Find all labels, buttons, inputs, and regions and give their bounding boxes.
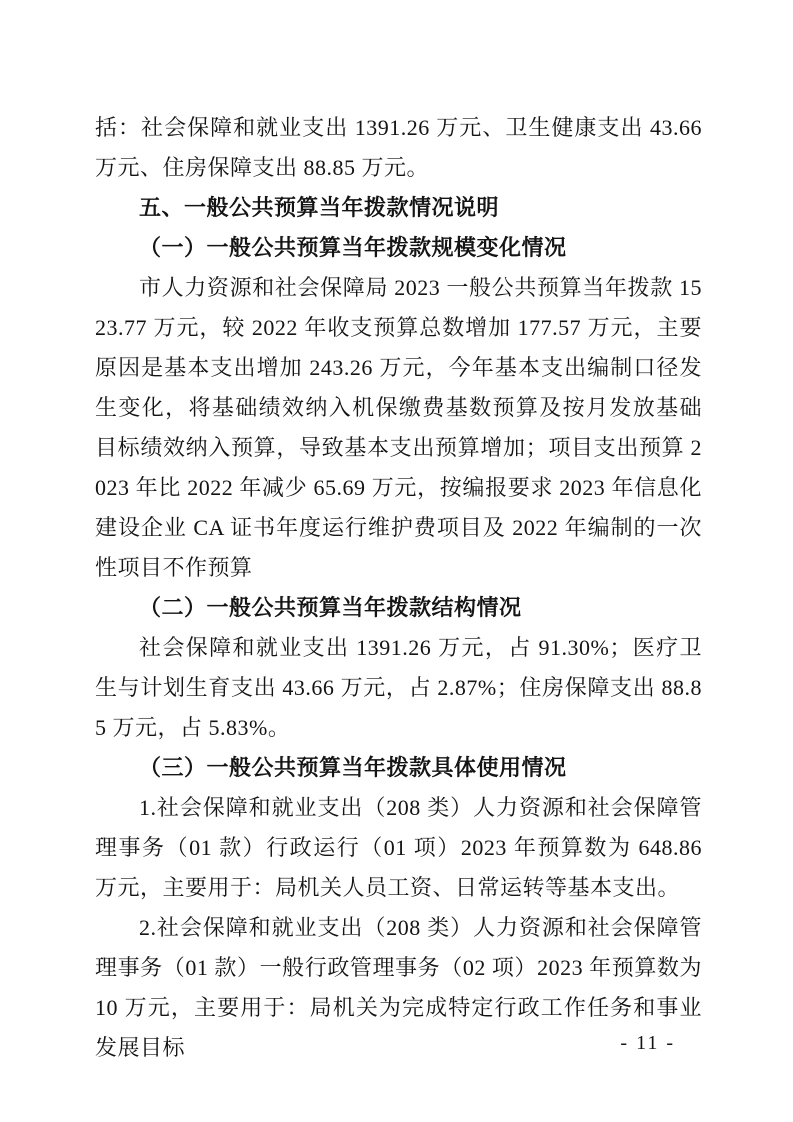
page-number: - 11 - (95, 1030, 675, 1056)
subsection-heading-1: （一）一般公共预算当年拨款规模变化情况 (95, 228, 702, 268)
paragraph-structure: 社会保障和就业支出 1391.26 万元，占 91.30%；医疗卫生与计划生育支… (95, 628, 702, 748)
document-body: 括：社会保障和就业支出 1391.26 万元、卫生健康支出 43.66 万元、住… (95, 108, 702, 1068)
subsection-heading-2: （二）一般公共预算当年拨款结构情况 (95, 588, 702, 628)
paragraph-usage-item-1: 1.社会保障和就业支出（208 类）人力资源和社会保障管理事务（01 款）行政运… (95, 788, 702, 908)
paragraph-scale-change: 市人力资源和社会保障局 2023 一般公共预算当年拨款 1523.77 万元，较… (95, 268, 702, 588)
paragraph-continuation: 括：社会保障和就业支出 1391.26 万元、卫生健康支出 43.66 万元、住… (95, 108, 702, 188)
section-heading-5: 五、一般公共预算当年拨款情况说明 (95, 188, 702, 228)
document-page: 括：社会保障和就业支出 1391.26 万元、卫生健康支出 43.66 万元、住… (0, 0, 793, 1122)
subsection-heading-3: （三）一般公共预算当年拨款具体使用情况 (95, 748, 702, 788)
